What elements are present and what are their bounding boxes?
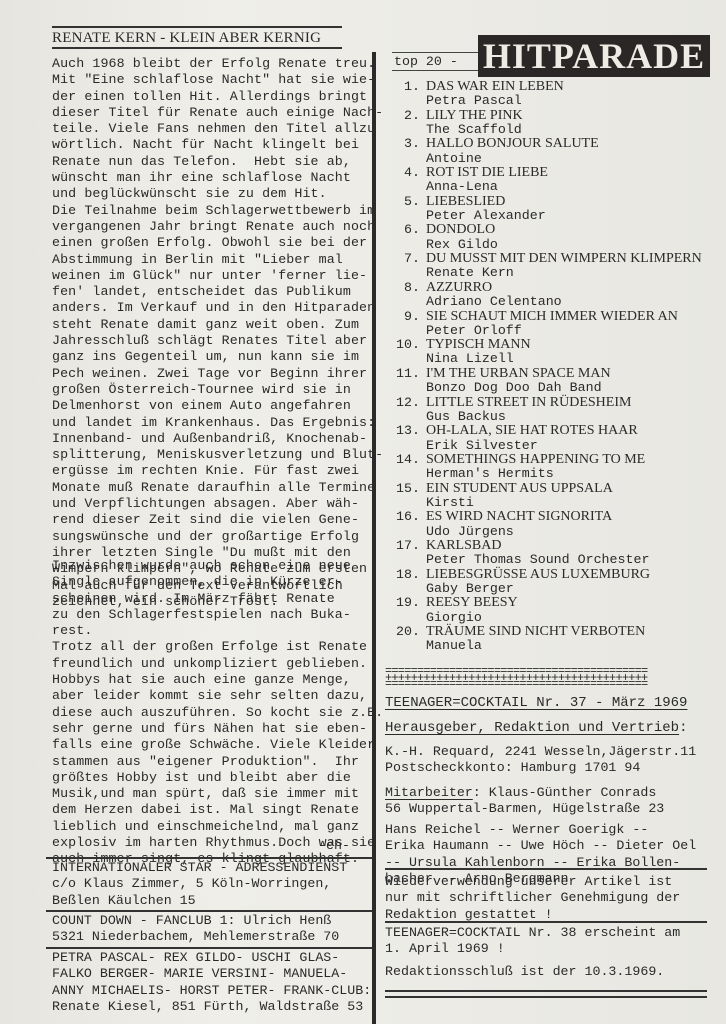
chart-song-title: TRÄUME SIND NICHT VERBOTEN <box>420 624 645 639</box>
chart-entry: 13.OH-LALA, SIE HAT ROTES HAARErik Silve… <box>390 424 720 453</box>
notice-frank-club: PETRA PASCAL- REX GILDO- USCHI GLAS- FAL… <box>52 950 371 1015</box>
chart-entry: 2.LILY THE PINKThe Scaffold <box>390 109 720 138</box>
chart-rank: 19. <box>390 596 420 610</box>
article-paragraph-1: Auch 1968 bleibt der Erfolg Renate treu.… <box>52 56 383 610</box>
chart-entry: 18.LIEBESGRÜSSE AUS LUXEMBURGGaby Berger <box>390 568 720 597</box>
chart-entry: 16.ES WIRD NACHT SIGNORITAUdo Jürgens <box>390 510 720 539</box>
chart-artist: Gaby Berger <box>390 582 720 596</box>
deadline-notice: Redaktionsschluß ist der 10.3.1969. <box>385 964 664 980</box>
publisher-label: Herausgeber, Redaktion und Vertrieb <box>385 720 679 736</box>
chart-artist: Antoine <box>390 152 720 166</box>
chart-artist: Peter Alexander <box>390 209 720 223</box>
chart-song-title: KARLSBAD <box>420 538 501 553</box>
chart-rank: 17. <box>390 539 420 553</box>
chart-rank: 13. <box>390 424 420 438</box>
hitparade-list: 1.DAS WAR EIN LEBENPetra Pascal2.LILY TH… <box>390 80 720 654</box>
chart-entry: 1.DAS WAR EIN LEBENPetra Pascal <box>390 80 720 109</box>
chart-entry: 6.DONDOLORex Gildo <box>390 223 720 252</box>
chart-rank: 16. <box>390 510 420 524</box>
chart-artist: Adriano Celentano <box>390 295 720 309</box>
chart-rank: 2. <box>390 109 420 123</box>
chart-rank: 9. <box>390 310 420 324</box>
chart-song-title: LILY THE PINK <box>420 108 523 123</box>
staff-name: : Klaus-Günther Conrads <box>473 785 657 800</box>
chart-artist: Anna-Lena <box>390 180 720 194</box>
column-divider <box>372 52 376 1024</box>
article-heading: RENATE KERN - KLEIN ABER KERNIG <box>52 26 342 49</box>
chart-artist: Udo Jürgens <box>390 525 720 539</box>
chart-artist: Petra Pascal <box>390 94 720 108</box>
chart-song-title: ROT IST DIE LIEBE <box>420 165 548 180</box>
chart-rank: 11. <box>390 367 420 381</box>
chart-rank: 5. <box>390 195 420 209</box>
chart-artist: Nina Lizell <box>390 352 720 366</box>
chart-song-title: ES WIRD NACHT SIGNORITA <box>420 509 612 524</box>
chart-rank: 7. <box>390 252 420 266</box>
chart-rank: 15. <box>390 482 420 496</box>
article-paragraph-2: Inzwischen wurde auch schon eine neue Si… <box>52 558 383 868</box>
chart-entry: 5.LIEBESLIEDPeter Alexander <box>390 195 720 224</box>
chart-song-title: OH-LALA, SIE HAT ROTES HAAR <box>420 423 638 438</box>
chart-rank: 1. <box>390 80 420 94</box>
chart-song-title: SIE SCHAUT MICH IMMER WIEDER AN <box>420 309 678 324</box>
staff-line: Mitarbeiter: Klaus-Günther Conrads <box>385 785 656 801</box>
decorative-separator: ========================================… <box>385 668 647 688</box>
chart-song-title: TYPISCH MANN <box>420 337 531 352</box>
publisher-heading: Herausgeber, Redaktion und Vertrieb: <box>385 720 687 736</box>
chart-song-title: DONDOLO <box>420 222 495 237</box>
chart-entry: 4.ROT IST DIE LIEBEAnna-Lena <box>390 166 720 195</box>
chart-song-title: SOMETHINGS HAPPENING TO ME <box>420 452 645 467</box>
chart-song-title: I'M THE URBAN SPACE MAN <box>420 366 611 381</box>
chart-artist: Manuela <box>390 639 720 653</box>
chart-rank: 10. <box>390 338 420 352</box>
chart-artist: Renate Kern <box>390 266 720 280</box>
chart-rank: 6. <box>390 223 420 237</box>
chart-artist: Bonzo Dog Doo Dah Band <box>390 381 720 395</box>
chart-rank: 3. <box>390 137 420 151</box>
divider <box>385 868 707 870</box>
chart-song-title: LIEBESLIED <box>420 194 505 209</box>
chart-song-title: EIN STUDENT AUS UPPSALA <box>420 481 613 496</box>
hitparade-title: HITPARADE <box>478 35 710 77</box>
chart-artist: Peter Orloff <box>390 324 720 338</box>
chart-rank: 20. <box>390 625 420 639</box>
chart-rank: 18. <box>390 568 420 582</box>
notice-star-adressendienst: INTERNATIONALER STAR - ADRESSENDIENST c/… <box>52 860 347 909</box>
staff-label: Mitarbeiter <box>385 785 473 800</box>
article-signature: -eh- <box>318 838 350 853</box>
chart-entry: 11.I'M THE URBAN SPACE MANBonzo Dog Doo … <box>390 367 720 396</box>
chart-entry: 15.EIN STUDENT AUS UPPSALAKirsti <box>390 482 720 511</box>
chart-entry: 10.TYPISCH MANNNina Lizell <box>390 338 720 367</box>
chart-entry: 12.LITTLE STREET IN RÜDESHEIMGus Backus <box>390 396 720 425</box>
chart-artist: Peter Thomas Sound Orchester <box>390 553 720 567</box>
chart-entry: 20.TRÄUME SIND NICHT VERBOTENManuela <box>390 625 720 654</box>
chart-song-title: LITTLE STREET IN RÜDESHEIM <box>420 395 631 410</box>
chart-entry: 19.REESY BEESYGiorgio <box>390 596 720 625</box>
chart-song-title: LIEBESGRÜSSE AUS LUXEMBURG <box>420 567 650 582</box>
chart-artist: Gus Backus <box>390 410 720 424</box>
magazine-page: RENATE KERN - KLEIN ABER KERNIG Auch 196… <box>0 0 726 1024</box>
chart-artist: Giorgio <box>390 611 720 625</box>
chart-artist: Erik Silvester <box>390 439 720 453</box>
chart-rank: 12. <box>390 396 420 410</box>
chart-entry: 3.HALLO BONJOUR SALUTEAntoine <box>390 137 720 166</box>
notice-count-down-fanclub: COUNT DOWN - FANCLUB 1: Ulrich Henß 5321… <box>52 913 339 946</box>
divider <box>385 921 707 923</box>
chart-rank: 8. <box>390 281 420 295</box>
chart-artist: Herman's Hermits <box>390 467 720 481</box>
chart-song-title: DU MUSST MIT DEN WIMPERN KLIMPERN <box>420 251 702 266</box>
chart-artist: The Scaffold <box>390 123 720 137</box>
chart-artist: Rex Gildo <box>390 238 720 252</box>
publisher-address: K.-H. Requard, 2241 Wesseln,Jägerstr.11 … <box>385 744 696 777</box>
chart-song-title: HALLO BONJOUR SALUTE <box>420 136 599 151</box>
chart-entry: 8.AZZURROAdriano Celentano <box>390 281 720 310</box>
chart-song-title: DAS WAR EIN LEBEN <box>420 79 564 94</box>
chart-entry: 7.DU MUSST MIT DEN WIMPERN KLIMPERNRenat… <box>390 252 720 281</box>
chart-entry: 17.KARLSBADPeter Thomas Sound Orchester <box>390 539 720 568</box>
publisher-colon: : <box>679 720 687 736</box>
copyright-notice: Wiederverwendung unserer Artikel ist nur… <box>385 874 680 923</box>
divider <box>46 910 372 912</box>
issue-heading: TEENAGER=COCKTAIL Nr. 37 - März 1969 <box>385 694 687 712</box>
divider <box>46 857 372 859</box>
chart-entry: 9.SIE SCHAUT MICH IMMER WIEDER ANPeter O… <box>390 310 720 339</box>
divider <box>46 947 372 949</box>
double-rule-bottom <box>385 996 707 998</box>
chart-rank: 4. <box>390 166 420 180</box>
chart-rank: 14. <box>390 453 420 467</box>
double-rule-top <box>385 990 707 992</box>
chart-song-title: AZZURRO <box>420 280 492 295</box>
staff-address: 56 Wuppertal-Barmen, Hügelstraße 23 <box>385 801 664 817</box>
chart-artist: Kirsti <box>390 496 720 510</box>
chart-song-title: REESY BEESY <box>420 595 518 610</box>
next-issue-notice: TEENAGER=COCKTAIL Nr. 38 erscheint am 1.… <box>385 925 680 958</box>
chart-entry: 14.SOMETHINGS HAPPENING TO MEHerman's He… <box>390 453 720 482</box>
